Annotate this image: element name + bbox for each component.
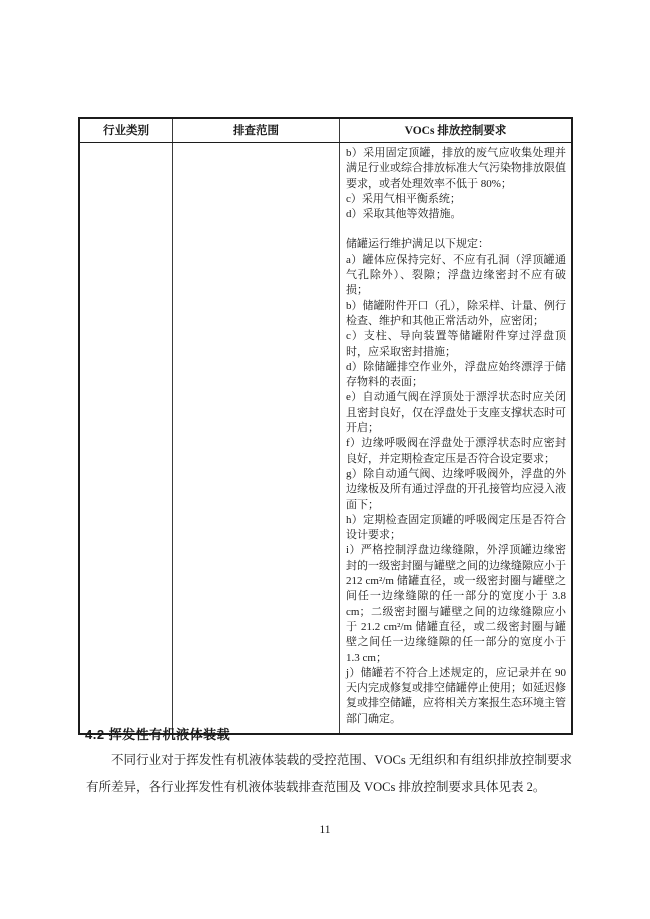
cell-industry-category [80,143,172,733]
header-inspection-scope: 排查范围 [172,119,340,142]
document-page: 行业类别 排查范围 VOCs 排放控制要求 b）采用固定顶罐，排放的废气应收集处… [0,0,650,919]
maintenance-item: f）边缘呼吸阀在浮盘处于漂浮状态时应密封良好，并定期检查定压是否符合设定要求； [346,436,566,467]
body-paragraph: 不同行业对于挥发性有机液体装载的受控范围、VOCs 无组织和有组织排放控制要求有… [86,747,572,801]
maintenance-item: a）罐体应保持完好、不应有孔洞（浮顶罐通气孔除外）、裂隙；浮盘边缘密封不应有破损… [346,253,566,299]
header-voc-control-requirements: VOCs 排放控制要求 [340,119,571,142]
voc-requirements-table: 行业类别 排查范围 VOCs 排放控制要求 b）采用固定顶罐，排放的废气应收集处… [78,117,573,735]
requirements-text: b）采用固定顶罐，排放的废气应收集处理并满足行业或综合排放标准大气污染物排放限值… [340,143,571,733]
page-number: 11 [0,824,650,836]
requirement-item: c）采用气相平衡系统； [346,192,566,207]
maintenance-item: h）定期检查固定顶罐的呼吸阀定压是否符合设计要求； [346,513,566,544]
requirement-item: d）采取其他等效措施。 [346,207,566,222]
table-header-row: 行业类别 排查范围 VOCs 排放控制要求 [80,119,571,143]
header-industry-category: 行业类别 [80,119,172,142]
cell-inspection-scope [172,143,340,733]
maintenance-item: c）支柱、导向装置等储罐附件穿过浮盘顶时，应采取密封措施； [346,329,566,360]
cell-voc-control-requirements: b）采用固定顶罐，排放的废气应收集处理并满足行业或综合排放标准大气污染物排放限值… [340,143,571,733]
maintenance-item: d）除储罐排空作业外，浮盘应始终漂浮于储存物料的表面； [346,360,566,391]
requirement-item: b）采用固定顶罐，排放的废气应收集处理并满足行业或综合排放标准大气污染物排放限值… [346,146,566,192]
maintenance-item: j）储罐若不符合上述规定的，应记录并在 90 天内完成修复或排空储罐停止使用；如… [346,666,566,727]
maintenance-intro: 储罐运行维护满足以下规定： [346,237,566,252]
section-heading: 4.2 挥发性有机液体装载 [85,724,230,743]
maintenance-item: b）储罐附件开口（孔），除采样、计量、例行检查、维护和其他正常活动外，应密闭； [346,299,566,330]
maintenance-item: e）自动通气阀在浮顶处于漂浮状态时应关闭且密封良好，仅在浮盘处于支座支撑状态时可… [346,390,566,436]
table-row: b）采用固定顶罐，排放的废气应收集处理并满足行业或综合排放标准大气污染物排放限值… [80,143,571,733]
maintenance-item: i）严格控制浮盘边缘缝隙，外浮顶罐边缘密封的一级密封圈与罐壁之间的边缘缝隙应小于… [346,543,566,665]
maintenance-item: g）除自动通气阀、边缘呼吸阀外，浮盘的外边缘板及所有通过浮盘的开孔接管均应浸入液… [346,467,566,513]
